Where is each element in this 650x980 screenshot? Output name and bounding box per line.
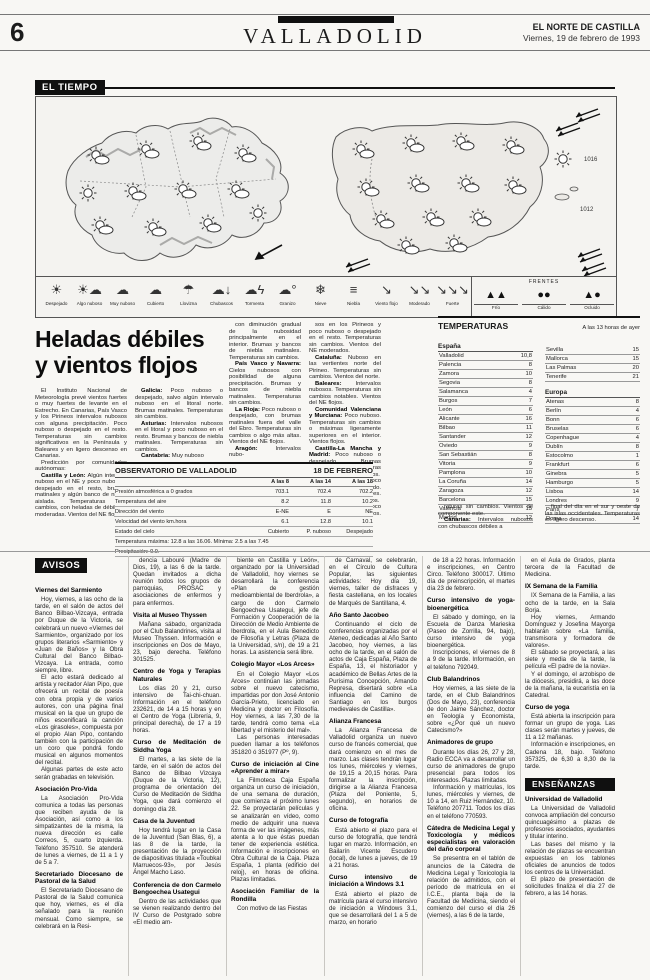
legend-item-label: Cubierto bbox=[139, 301, 172, 306]
notice-block: Se presentra en el tablón de anuncios de… bbox=[427, 855, 515, 919]
notice-block: Alianza Francesa bbox=[329, 718, 417, 725]
temperature-row: Pamplona10 bbox=[438, 469, 533, 478]
city: Oviedo bbox=[439, 443, 457, 449]
notice-block: Curso intensivo de iniciación a Windows … bbox=[329, 874, 417, 888]
notice-block: El Secretariado Diocesano de Pastoral de… bbox=[35, 887, 123, 930]
city: Ginebra bbox=[546, 471, 567, 477]
temperature-value: 12 bbox=[526, 434, 532, 440]
article-paragraph: Baleares: Intervalos nubosos. Temperatur… bbox=[309, 381, 381, 407]
article-column-3: con diminución gradual de la nubosidad p… bbox=[229, 322, 301, 460]
temperature-row: Hamburgo5 bbox=[545, 479, 640, 488]
legend-item: ≡ Niebla bbox=[337, 279, 370, 306]
newspaper-page: 6 VALLADOLID EL NORTE DE CASTILLA Vierne… bbox=[0, 0, 650, 980]
observatory-title: OBSERVATORIO DE VALLADOLID bbox=[115, 466, 237, 475]
temperature-value: 8 bbox=[636, 399, 639, 405]
temperature-value: 12 bbox=[526, 488, 532, 494]
col-header: A las 18 bbox=[331, 479, 373, 485]
weather-symbol-icon: ☁↓ bbox=[205, 279, 238, 301]
temps-spain-column: España Valladolid10,8Palencia8Zamora10Se… bbox=[438, 336, 533, 523]
temperature-value: 8 bbox=[529, 380, 532, 386]
article-paragraph: con diminución gradual de la nubosidad p… bbox=[229, 322, 301, 361]
weather-symbol-icon: ☀ bbox=[40, 279, 73, 301]
notice-block: Algunas partes de este acto serán grabad… bbox=[35, 766, 123, 780]
column-rule bbox=[422, 556, 423, 976]
temperature-value: 8 bbox=[529, 362, 532, 368]
temperature-row: Salamanca4 bbox=[438, 388, 533, 397]
notice-block: La Filmoteca Caja España organiza un cur… bbox=[231, 777, 319, 883]
col-header: A las 8 bbox=[247, 479, 289, 485]
pressure-label-high: 1016 bbox=[584, 157, 598, 163]
notice-block: El sábado se proyectará, a las siete y m… bbox=[525, 649, 615, 670]
temperature-value: 8 bbox=[636, 444, 639, 450]
temperature-value: 6 bbox=[529, 407, 532, 413]
legend-item: ☁ϟ Tormenta bbox=[238, 279, 271, 306]
notice-block: dencia Labouré (Madre de Dios, 19), a la… bbox=[133, 557, 221, 607]
headline-line2: y vientos flojos bbox=[35, 352, 230, 378]
iberia-map: 1016 1012 bbox=[308, 99, 610, 277]
notice-block: Universidad de Valladolid bbox=[525, 796, 615, 803]
temperature-row: Mallorca15 bbox=[545, 355, 640, 364]
legend-item-label: Moderado bbox=[403, 301, 436, 306]
temperature-row: Burgos7 bbox=[438, 397, 533, 406]
temperature-row: Valladolid10,8 bbox=[438, 352, 533, 361]
city: Estocolmo bbox=[546, 453, 573, 459]
temperature-value: 15 bbox=[526, 497, 532, 503]
city: Las Palmas bbox=[546, 365, 576, 371]
legend-item: ☁ Muy nuboso bbox=[106, 279, 139, 306]
temperature-value: 4 bbox=[636, 435, 639, 441]
front-symbol-icon: ▲● bbox=[570, 286, 614, 305]
value-8h: 6.1 bbox=[247, 519, 289, 525]
temperature-row: Las Palmas20 bbox=[545, 364, 640, 373]
legend-item-label: Despejado bbox=[40, 301, 73, 306]
pressure-labels: 1016 1012 bbox=[580, 157, 598, 213]
observatory-row: Temperatura del aire 8.2 11.8 10.2 bbox=[115, 497, 373, 507]
column-rule bbox=[226, 556, 227, 976]
temperature-row: Santander12 bbox=[438, 433, 533, 442]
temperature-value: 9 bbox=[529, 461, 532, 467]
front-item: ▲● Ocluido bbox=[570, 286, 614, 311]
front-item-label: Ocluido bbox=[570, 305, 614, 311]
temperature-value: 5 bbox=[636, 480, 639, 486]
notice-block: Curso de iniciación al Cine «Aprender a … bbox=[231, 761, 319, 775]
tiempo-rule bbox=[35, 87, 615, 89]
city: Atenas bbox=[546, 399, 564, 405]
city: León bbox=[439, 407, 452, 413]
page-number: 6 bbox=[10, 17, 24, 48]
notice-block: Colegio Mayor «Los Arces» bbox=[231, 661, 319, 668]
city: Bruselas bbox=[546, 426, 569, 432]
temperature-value: 6 bbox=[636, 426, 639, 432]
observatory-table: OBSERVATORIO DE VALLADOLID 18 DE FEBRERO… bbox=[115, 462, 373, 557]
notice-block: La Universidad de Valladolid convoca amp… bbox=[525, 805, 615, 840]
notice-block: de 18 a 22 horas. Información e inscripc… bbox=[427, 557, 515, 592]
legend-item-label: Niebla bbox=[337, 301, 370, 306]
article-paragraph: raturas sin cambios. Vientos de componen… bbox=[438, 504, 533, 517]
notice-block: Y el domingo, el arzobispo de la diócesi… bbox=[525, 671, 615, 699]
legend-item-label: Tormenta bbox=[238, 301, 271, 306]
temperature-row: La Coruña14 bbox=[438, 478, 533, 487]
city: Tenerife bbox=[546, 374, 567, 380]
edition-date: Viernes, 19 de febrero de 1993 bbox=[430, 33, 640, 43]
header-top-rule bbox=[0, 14, 650, 15]
notice-block: Conferencia de don Carmelo Bengoechea Us… bbox=[133, 882, 221, 896]
temperature-value: 6 bbox=[636, 462, 639, 468]
value-8h: 8.2 bbox=[247, 499, 289, 505]
weather-symbol-icon: ☁ bbox=[106, 279, 139, 301]
notice-block: Curso de fotografía bbox=[329, 817, 417, 824]
row-label: Velocidad del viento km.hora bbox=[115, 519, 247, 525]
notice-block: Mañana sábado, organizada por el Club Ba… bbox=[133, 621, 221, 664]
value-14h: 12.8 bbox=[289, 519, 331, 525]
city: Valladolid bbox=[439, 353, 464, 359]
city: Barcelona bbox=[439, 497, 465, 503]
temperature-row: Ginebra5 bbox=[545, 470, 640, 479]
temperature-row: Bilbao11 bbox=[438, 424, 533, 433]
notice-block: Está abierto el plazo para el curso de f… bbox=[329, 827, 417, 870]
front-symbol-icon: ●● bbox=[522, 286, 566, 305]
value-14h: 702.4 bbox=[289, 489, 331, 495]
legend-item-label: Viento flojo bbox=[370, 301, 403, 306]
city: Dublín bbox=[546, 444, 563, 450]
city: Hamburgo bbox=[546, 480, 573, 486]
temperature-row: Zamora10 bbox=[438, 370, 533, 379]
value-8h: Cubierto bbox=[247, 529, 289, 535]
article-continuation-left: raturas sin cambios. Vientos de componen… bbox=[438, 504, 533, 548]
weather-symbol-icon: ☁ bbox=[139, 279, 172, 301]
city: Pamplona bbox=[439, 470, 465, 476]
city: Copenhague bbox=[546, 435, 579, 441]
legend-item: ☀☁ Algo nuboso bbox=[73, 279, 106, 306]
article-paragraph: Predicción por comunidades autónomas: bbox=[35, 460, 127, 473]
value-18h: NE bbox=[331, 509, 373, 515]
europe-group-label: Europa bbox=[545, 388, 640, 398]
city: Santander bbox=[439, 434, 466, 440]
section-divider bbox=[0, 551, 650, 552]
weather-figure: 1016 1012 ☀ Despejado ☀☁ Algo nuboso ☁ M… bbox=[35, 96, 617, 318]
weather-legend: ☀ Despejado ☀☁ Algo nuboso ☁ Muy nuboso … bbox=[36, 276, 616, 317]
avisos-column-4: de Carnaval, se celebrarán, en el Círcul… bbox=[329, 557, 417, 978]
temps-right-column: Sevilla15Mallorca15Las Palmas20Tenerife2… bbox=[545, 336, 640, 524]
value-18h: 10.1 bbox=[331, 519, 373, 525]
observatory-rows: Presión atmosférica a 0 grados 703.1 702… bbox=[115, 487, 373, 537]
legend-item-label: Nieve bbox=[304, 301, 337, 306]
notice-block: Hoy viernes, Armando Domínguez y Josefin… bbox=[525, 614, 615, 649]
weather-symbol-icon: ↘↘↘ bbox=[436, 279, 469, 301]
temperature-value: 14 bbox=[633, 489, 639, 495]
temperature-row: Berlín4 bbox=[545, 407, 640, 416]
notice-block: Curso de Meditación de Siddha Yoga bbox=[133, 739, 221, 753]
header-bottom-rule bbox=[0, 50, 650, 51]
article-headline: Heladas débiles y vientos flojos bbox=[35, 326, 230, 378]
temperature-row: Zaragoza12 bbox=[438, 487, 533, 496]
temperature-row: Tenerife21 bbox=[545, 373, 640, 382]
temperature-value: 5 bbox=[636, 471, 639, 477]
notice-block: de Carnaval, se celebrarán, en el Círcul… bbox=[329, 557, 417, 607]
avisos-column-2: dencia Labouré (Madre de Dios, 19), a la… bbox=[133, 557, 221, 978]
temperature-value: 9 bbox=[529, 443, 532, 449]
city: Alicante bbox=[439, 416, 460, 422]
notice-block: Club Balandrinos bbox=[427, 676, 515, 683]
temperatures-title: TEMPERATURAS bbox=[438, 321, 508, 331]
article-column-2: Galicia: Poco nuboso o despejado, salvo … bbox=[135, 388, 223, 460]
city: Sevilla bbox=[546, 347, 563, 353]
notice-block: Viernes del Sarmiento bbox=[35, 587, 123, 594]
legend-item-label: Fuerte bbox=[436, 301, 469, 306]
ensenanzas-section-label: ENSEÑANZAS bbox=[525, 778, 615, 791]
city: Berlín bbox=[546, 408, 561, 414]
article-column-1: El Instituto Nacional de Meteorología pr… bbox=[35, 388, 127, 546]
value-18h: Despejado bbox=[331, 529, 373, 535]
notice-block: Centro de Yoga y Terapias Naturales bbox=[133, 668, 221, 682]
city: Vitoria bbox=[439, 461, 455, 467]
observatory-date: 18 DE FEBRERO bbox=[313, 466, 373, 475]
observatory-row: Dirección del viento E-NE E NE bbox=[115, 507, 373, 517]
weather-symbol-icon: ❄ bbox=[304, 279, 337, 301]
temperature-value: 10 bbox=[526, 371, 532, 377]
row-label: Temperatura del aire bbox=[115, 499, 247, 505]
tiempo-section-label: EL TIEMPO bbox=[35, 80, 105, 95]
weather-symbol-icon: ≡ bbox=[337, 279, 370, 301]
fronts-legend: FRENTES ▲▲ Frío ●● Cálido ▲● Ocluido bbox=[471, 277, 616, 317]
city: Frankfurt bbox=[546, 462, 569, 468]
legend-item: ↘↘ Moderado bbox=[403, 279, 436, 306]
fronts-items: ▲▲ Frío ●● Cálido ▲● Ocluido bbox=[472, 286, 616, 311]
temperature-row: Atenas8 bbox=[545, 398, 640, 407]
notice-block: Las bases del mismo y la relación de pla… bbox=[525, 841, 615, 876]
temperature-row: Alicante16 bbox=[438, 415, 533, 424]
notice-block: Inscripciones, el viernes de 8 a 9 de la… bbox=[427, 649, 515, 670]
temperature-row: Estocolmo1 bbox=[545, 452, 640, 461]
observatory-maxmin: Temperatura máxima: 12.8 a las 16.06. Mí… bbox=[115, 537, 373, 547]
notice-block: Casa de la Juventud bbox=[133, 818, 221, 825]
legend-item: ☁ Cubierto bbox=[139, 279, 172, 306]
notice-block: Continuando el ciclo de conferencias org… bbox=[329, 621, 417, 713]
notice-block: IX Semana de la Familia bbox=[525, 583, 615, 590]
castilla-leon-map bbox=[40, 99, 305, 277]
avisos-column-3: biente en Castilla y León», organizado p… bbox=[231, 557, 319, 978]
legend-item: ☀ Despejado bbox=[40, 279, 73, 306]
front-item-label: Frío bbox=[474, 305, 518, 311]
article-paragraph: Aragón: Intervalos nubo- bbox=[229, 446, 301, 459]
notice-block: Hoy tendrá lugar en la Casa de la Juvent… bbox=[133, 827, 221, 877]
article-paragraph: El Instituto Nacional de Meteorología pr… bbox=[35, 388, 127, 460]
notice-block: En el Colegio Mayor «Los Arces» continúa… bbox=[231, 671, 319, 735]
weather-symbol-icon: ☂ bbox=[172, 279, 205, 301]
front-symbol-icon: ▲▲ bbox=[474, 286, 518, 305]
city: Bilbao bbox=[439, 425, 455, 431]
section-bar bbox=[278, 16, 394, 23]
notice-block: Los días 20 y 21, curso intensivo de Tai… bbox=[133, 685, 221, 735]
article-continuation-right: final del día en el sur y oeste de las i… bbox=[545, 504, 640, 548]
fronts-title: FRENTES bbox=[472, 279, 616, 285]
avisos-section-label: AVISOS bbox=[35, 558, 87, 573]
value-8h: E-NE bbox=[247, 509, 289, 515]
city: La Coruña bbox=[439, 479, 466, 485]
masthead: EL NORTE DE CASTILLA bbox=[430, 22, 640, 32]
temperature-value: 20 bbox=[633, 365, 639, 371]
notice-block: Asociación Pro-Vida bbox=[35, 786, 123, 793]
notice-block: El plazo de presentación de solicitudes … bbox=[525, 876, 615, 897]
temperature-value: 16 bbox=[526, 416, 532, 422]
article-paragraph: sos en los Pirineos y poco nuboso o desp… bbox=[309, 322, 381, 355]
notice-block: IX Semana de la Familia, a las ocho de l… bbox=[525, 592, 615, 613]
city: Salamanca bbox=[439, 389, 468, 395]
temperature-row: Segovia8 bbox=[438, 379, 533, 388]
city: San Sebastián bbox=[439, 452, 477, 458]
temperature-value: 21 bbox=[633, 374, 639, 380]
article-paragraph: Canarias: Intervalos nubosos con chubasc… bbox=[438, 517, 533, 530]
temperature-row: Sevilla15 bbox=[545, 346, 640, 355]
observatory-row: Velocidad del viento km.hora 6.1 12.8 10… bbox=[115, 517, 373, 527]
article-paragraph: Asturias: Intervalos nubosos en el litor… bbox=[135, 421, 223, 454]
temperature-value: 8 bbox=[529, 452, 532, 458]
article-paragraph: La Rioja: Poco nuboso o despejado, con b… bbox=[229, 407, 301, 446]
article-paragraph: Castilla y León: Algún intervalo nuboso … bbox=[35, 473, 127, 519]
city: Mallorca bbox=[546, 356, 568, 362]
article-paragraph: Cantabria: Muy nuboso bbox=[135, 453, 223, 460]
value-14h: 11.8 bbox=[289, 499, 331, 505]
temperature-row: Copenhague4 bbox=[545, 434, 640, 443]
legend-symbols: ☀ Despejado ☀☁ Algo nuboso ☁ Muy nuboso … bbox=[36, 277, 471, 317]
notice-block: Asociación Familiar de la Rondilla bbox=[231, 888, 319, 902]
weather-symbol-icon: ↘↘ bbox=[403, 279, 436, 301]
headline-line1: Heladas débiles bbox=[35, 326, 230, 352]
legend-item-label: Chubascos bbox=[205, 301, 238, 306]
value-8h: 703.1 bbox=[247, 489, 289, 495]
city: Segovia bbox=[439, 380, 460, 386]
article-paragraph: Comunidad Valenciana y Murciana: Poco nu… bbox=[309, 407, 381, 446]
notice-block: Hoy viernes, a las siete de la tarde, en… bbox=[427, 685, 515, 735]
wind-arrow bbox=[256, 245, 282, 259]
legend-item: ☁↓ Chubascos bbox=[205, 279, 238, 306]
notice-block: Visita al Museo Thyssen bbox=[133, 612, 221, 619]
weather-symbol-icon: ☁° bbox=[271, 279, 304, 301]
front-item: ●● Cálido bbox=[522, 286, 566, 311]
notice-block: Hoy, viernes, a las ocho de la tarde, en… bbox=[35, 596, 123, 674]
notice-block: en el Aula de Grados, planta tercera de … bbox=[525, 557, 615, 578]
city: Bonn bbox=[546, 417, 560, 423]
temperature-row: Oviedo9 bbox=[438, 442, 533, 451]
row-label: Estado del cielo bbox=[115, 529, 247, 535]
notice-block: Con motivo de las Fiestas bbox=[231, 905, 319, 912]
temperature-value: 4 bbox=[529, 389, 532, 395]
front-item-label: Cálido bbox=[522, 305, 566, 311]
observatory-col-headers: A las 8 A las 14 A las 18 bbox=[115, 478, 373, 487]
front-item: ▲▲ Frío bbox=[474, 286, 518, 311]
temperature-row: Dublín8 bbox=[545, 443, 640, 452]
notice-block: La Alianza Francesa de Valladolid organi… bbox=[329, 727, 417, 812]
value-14h: P. nuboso bbox=[289, 529, 331, 535]
avisos-column-5: de 18 a 22 horas. Información e inscripc… bbox=[427, 557, 515, 978]
temperature-row: Bruselas6 bbox=[545, 425, 640, 434]
city: Palencia bbox=[439, 362, 461, 368]
notice-block: Curso intensivo de yoga-bioenergética bbox=[427, 597, 515, 611]
notice-block: biente en Castilla y León», organizado p… bbox=[231, 557, 319, 656]
notice-block: El sábado y domingo, en la Escuela de Da… bbox=[427, 614, 515, 649]
city: Burgos bbox=[439, 398, 457, 404]
notice-block: Dentro de las actividades que se vienen … bbox=[133, 898, 221, 926]
legend-item-label: Llovizna bbox=[172, 301, 205, 306]
row-label: Presión atmosférica a 0 grados bbox=[115, 489, 247, 495]
notice-block: Durante los días 26, 27 y 28, Radio ECCA… bbox=[427, 749, 515, 784]
city: Zaragoza bbox=[439, 488, 464, 494]
temperature-row: León6 bbox=[438, 406, 533, 415]
row-label: Dirección del viento bbox=[115, 509, 247, 515]
weather-symbol-icon: ☁ϟ bbox=[238, 279, 271, 301]
article-paragraph: Galicia: Poco nuboso o despejado, salvo … bbox=[135, 388, 223, 421]
avisos-column-1: Viernes del Sarmiento Hoy, viernes, a la… bbox=[35, 582, 123, 978]
article-paragraph: final del día en el sur y oeste de las i… bbox=[545, 504, 640, 524]
notice-block: Año Santo Jacobeo bbox=[329, 612, 417, 619]
temperature-row: San Sebastián8 bbox=[438, 451, 533, 460]
notice-block: Está abierta la inscripción para formar … bbox=[525, 713, 615, 741]
legend-item-label: Algo nuboso bbox=[73, 301, 106, 306]
temperature-value: 4 bbox=[636, 408, 639, 414]
col-header: A las 14 bbox=[289, 479, 331, 485]
notice-block: El martes, a las siete de la tarde, en e… bbox=[133, 756, 221, 813]
notice-block: Animadores de grupo bbox=[427, 739, 515, 746]
temperature-value: 11 bbox=[526, 425, 532, 431]
temperature-value: 15 bbox=[633, 356, 639, 362]
article-paragraph: País Vasco y Navarra: Cielos nubosos con… bbox=[229, 361, 301, 407]
observatory-row: Estado del cielo Cubierto P. nuboso Desp… bbox=[115, 527, 373, 537]
temperature-row: Lisboa14 bbox=[545, 488, 640, 497]
city: Zamora bbox=[439, 371, 459, 377]
ensenanzas-blocks: Universidad de Valladolid La Universidad… bbox=[525, 796, 615, 897]
legend-item: ↘↘↘ Fuerte bbox=[436, 279, 469, 306]
value-14h: E bbox=[289, 509, 331, 515]
notice-block: Información y matrículas, los lunes, mié… bbox=[427, 784, 515, 819]
weather-symbol-icon: ↘ bbox=[370, 279, 403, 301]
temperature-row: Palencia8 bbox=[438, 361, 533, 370]
avisos-column-6-blocks: en el Aula de Grados, planta tercera de … bbox=[525, 557, 615, 770]
notice-block: Cátedra de Medicina Legal y Toxicología … bbox=[427, 825, 515, 854]
pressure-label-low: 1012 bbox=[580, 207, 594, 213]
column-rule bbox=[324, 556, 325, 976]
weather-symbol-icon: ☀☁ bbox=[73, 279, 106, 301]
column-rule bbox=[520, 556, 521, 976]
value-18h: 702.2 bbox=[331, 489, 373, 495]
city: Lisboa bbox=[546, 489, 563, 495]
legend-item: ↘ Viento flojo bbox=[370, 279, 403, 306]
column-rule bbox=[128, 556, 129, 976]
temperature-value: 14 bbox=[526, 479, 532, 485]
notice-block: Las personas interesadas pueden llamar a… bbox=[231, 734, 319, 755]
observatory-precipitation: Precipitación: 0.0. bbox=[115, 547, 373, 557]
temperature-value: 6 bbox=[636, 417, 639, 423]
notice-block: Está abierto el plazo de matrícula para … bbox=[329, 891, 417, 926]
temperature-value: 15 bbox=[633, 347, 639, 353]
value-18h: 10.2 bbox=[331, 499, 373, 505]
notice-block: El acto estará dedicado al artista y rec… bbox=[35, 674, 123, 766]
notice-block: Secretariado Diocesano de Pastoral de la… bbox=[35, 871, 123, 885]
legend-item-label: Muy nuboso bbox=[106, 301, 139, 306]
article-paragraph: Cataluña: Nuboso en las vertientes norte… bbox=[309, 355, 381, 381]
notice-block: Información e inscripciones, en Cadena 1… bbox=[525, 741, 615, 769]
notice-block: La Asociación Pro-Vida comunica a todas … bbox=[35, 795, 123, 866]
temperature-row: Vitoria9 bbox=[438, 460, 533, 469]
temperature-value: 10,8 bbox=[521, 353, 532, 359]
legend-item: ☂ Llovizna bbox=[172, 279, 205, 306]
legend-item: ☁° Granizo bbox=[271, 279, 304, 306]
avisos-column-6: en el Aula de Grados, planta tercera de … bbox=[525, 557, 615, 978]
legend-item-label: Granizo bbox=[271, 301, 304, 306]
temperatures-note: A las 13 horas de ayer bbox=[582, 325, 640, 331]
temperature-value: 7 bbox=[529, 398, 532, 404]
observatory-row: Presión atmosférica a 0 grados 703.1 702… bbox=[115, 487, 373, 497]
notice-block: Curso de yoga bbox=[525, 704, 615, 711]
